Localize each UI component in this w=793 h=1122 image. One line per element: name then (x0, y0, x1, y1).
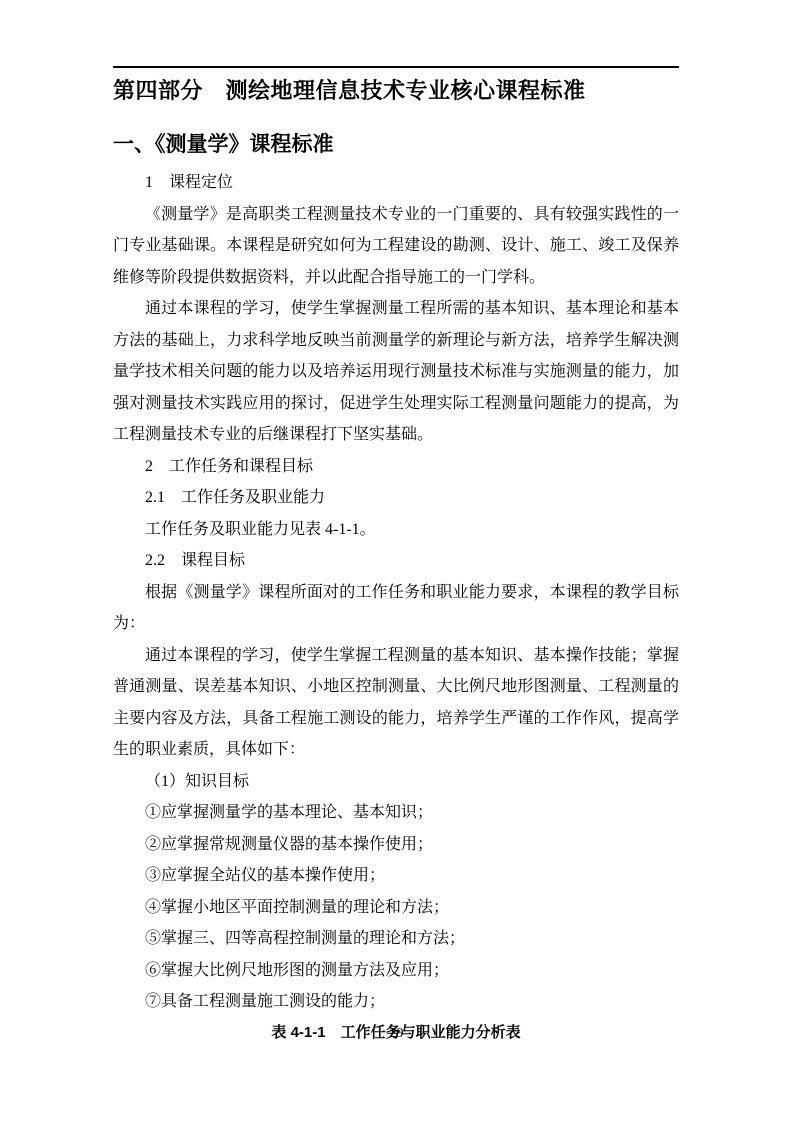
page-number: 29 (0, 1026, 793, 1042)
subheading: 2.1 工作任务及职业能力 (113, 482, 679, 514)
list-item: ⑤掌握三、四等高程控制测量的理论和方法； (113, 923, 679, 955)
paragraph: 通过本课程的学习，使学生掌握测量工程所需的基本知识、基本理论和基本方法的基础上，… (113, 293, 679, 451)
paragraph: 《测量学》是高职类工程测量技术专业的一门重要的、具有较强实践性的一门专业基础课。… (113, 199, 679, 294)
document-page: 第四部分 测绘地理信息技术专业核心课程标准 一、《测量学》课程标准 1 课程定位… (0, 0, 793, 1122)
subheading: 2 工作任务和课程目标 (113, 451, 679, 483)
text-line: （1）知识目标 (113, 766, 679, 798)
list-item: ⑦具备工程测量施工测设的能力； (113, 986, 679, 1018)
list-item: ⑥掌握大比例尺地形图的测量方法及应用； (113, 955, 679, 987)
paragraph: 根据《测量学》课程所面对的工作任务和职业能力要求，本课程的教学目标为： (113, 577, 679, 640)
paragraph: 通过本课程的学习，使学生掌握工程测量的基本知识、基本操作技能；掌握普通测量、误差… (113, 640, 679, 766)
chapter-heading: 一、《测量学》课程标准 (113, 131, 679, 159)
header-rule (113, 66, 679, 68)
subheading: 2.2 课程目标 (113, 545, 679, 577)
list-item: ③应掌握全站仪的基本操作使用； (113, 860, 679, 892)
subheading: 1 课程定位 (113, 167, 679, 199)
list-item: ②应掌握常规测量仪器的基本操作使用； (113, 829, 679, 861)
text-line: 工作任务及职业能力见表 4-1-1。 (113, 514, 679, 546)
list-item: ①应掌握测量学的基本理论、基本知识； (113, 797, 679, 829)
body-text: 1 课程定位《测量学》是高职类工程测量技术专业的一门重要的、具有较强实践性的一门… (113, 167, 679, 1018)
part-heading: 第四部分 测绘地理信息技术专业核心课程标准 (113, 76, 679, 106)
list-item: ④掌握小地区平面控制测量的理论和方法； (113, 892, 679, 924)
page-content: 第四部分 测绘地理信息技术专业核心课程标准 一、《测量学》课程标准 1 课程定位… (113, 66, 679, 1043)
